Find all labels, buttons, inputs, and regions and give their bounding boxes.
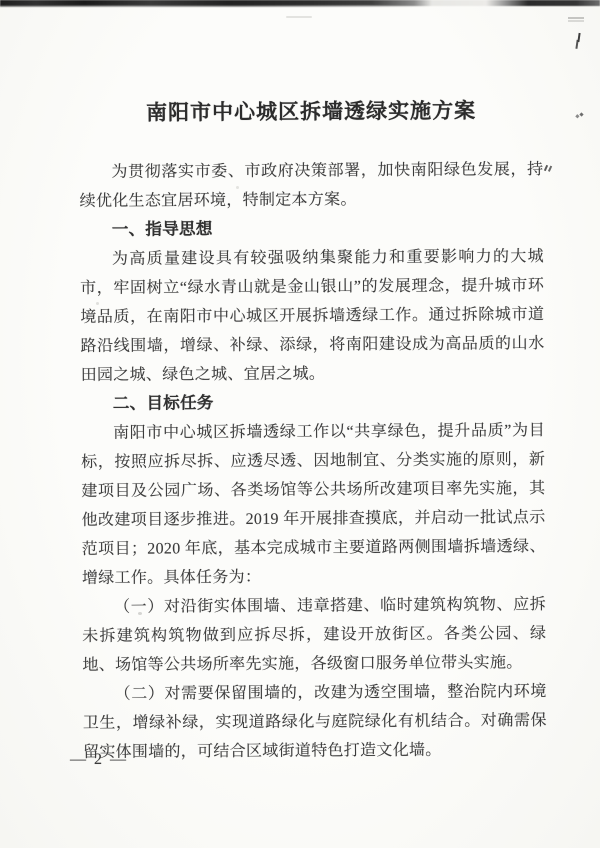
scan-smudge-top-right <box>568 17 584 19</box>
paper-speck <box>138 612 142 615</box>
stray-mark-right-edge <box>577 33 580 42</box>
section-heading: 一、指导思想 <box>80 213 544 245</box>
paper-speck <box>236 186 239 189</box>
document-title: 南阳市中心城区拆墙透绿实施方案 <box>79 97 543 128</box>
scan-artifact-top-edge-shadow <box>0 5 430 7</box>
stray-dot-right-edge <box>579 112 583 116</box>
document-body: 为贯彻落实市委、市政府决策部署，加快南阳绿色发展，持续优化生态宜居环境，特制定本… <box>79 155 547 767</box>
stray-pen-tick <box>544 165 548 171</box>
document-content: 南阳市中心城区拆墙透绿实施方案 为贯彻落实市委、市政府决策部署，加快南阳绿色发展… <box>79 97 547 767</box>
body-paragraph: （二）对需要保留围墙的，改建为透空围墙，整治院内环境卫生，增绿补绿，实现道路绿化… <box>83 677 548 767</box>
section-heading: 二、目标任务 <box>81 387 545 419</box>
body-paragraph: 为贯彻落实市委、市政府决策部署，加快南阳绿色发展，持续优化生态宜居环境，特制定本… <box>79 155 543 216</box>
body-paragraph: （一）对沿街实体围墙、违章搭建、临时建筑构筑物、应拆未拆建筑构筑物做到应拆尽拆，… <box>82 590 547 680</box>
paper-speck <box>438 436 441 438</box>
scanned-page: 南阳市中心城区拆墙透绿实施方案 为贯彻落实市委、市政府决策部署，加快南阳绿色发展… <box>0 0 600 848</box>
body-paragraph: 南阳市中心城区拆墙透绿工作以“共享绿色，提升品质”为目标，按照应拆尽拆、应透尽透… <box>81 416 546 593</box>
paper-speck <box>286 16 312 18</box>
page-number: — 2 — <box>70 751 128 769</box>
body-paragraph: 为高质量建设具有较强吸纳集聚能力和重要影响力的大城市，牢固树立“绿水青山就是金山… <box>80 242 545 390</box>
paper-speck <box>96 302 99 305</box>
